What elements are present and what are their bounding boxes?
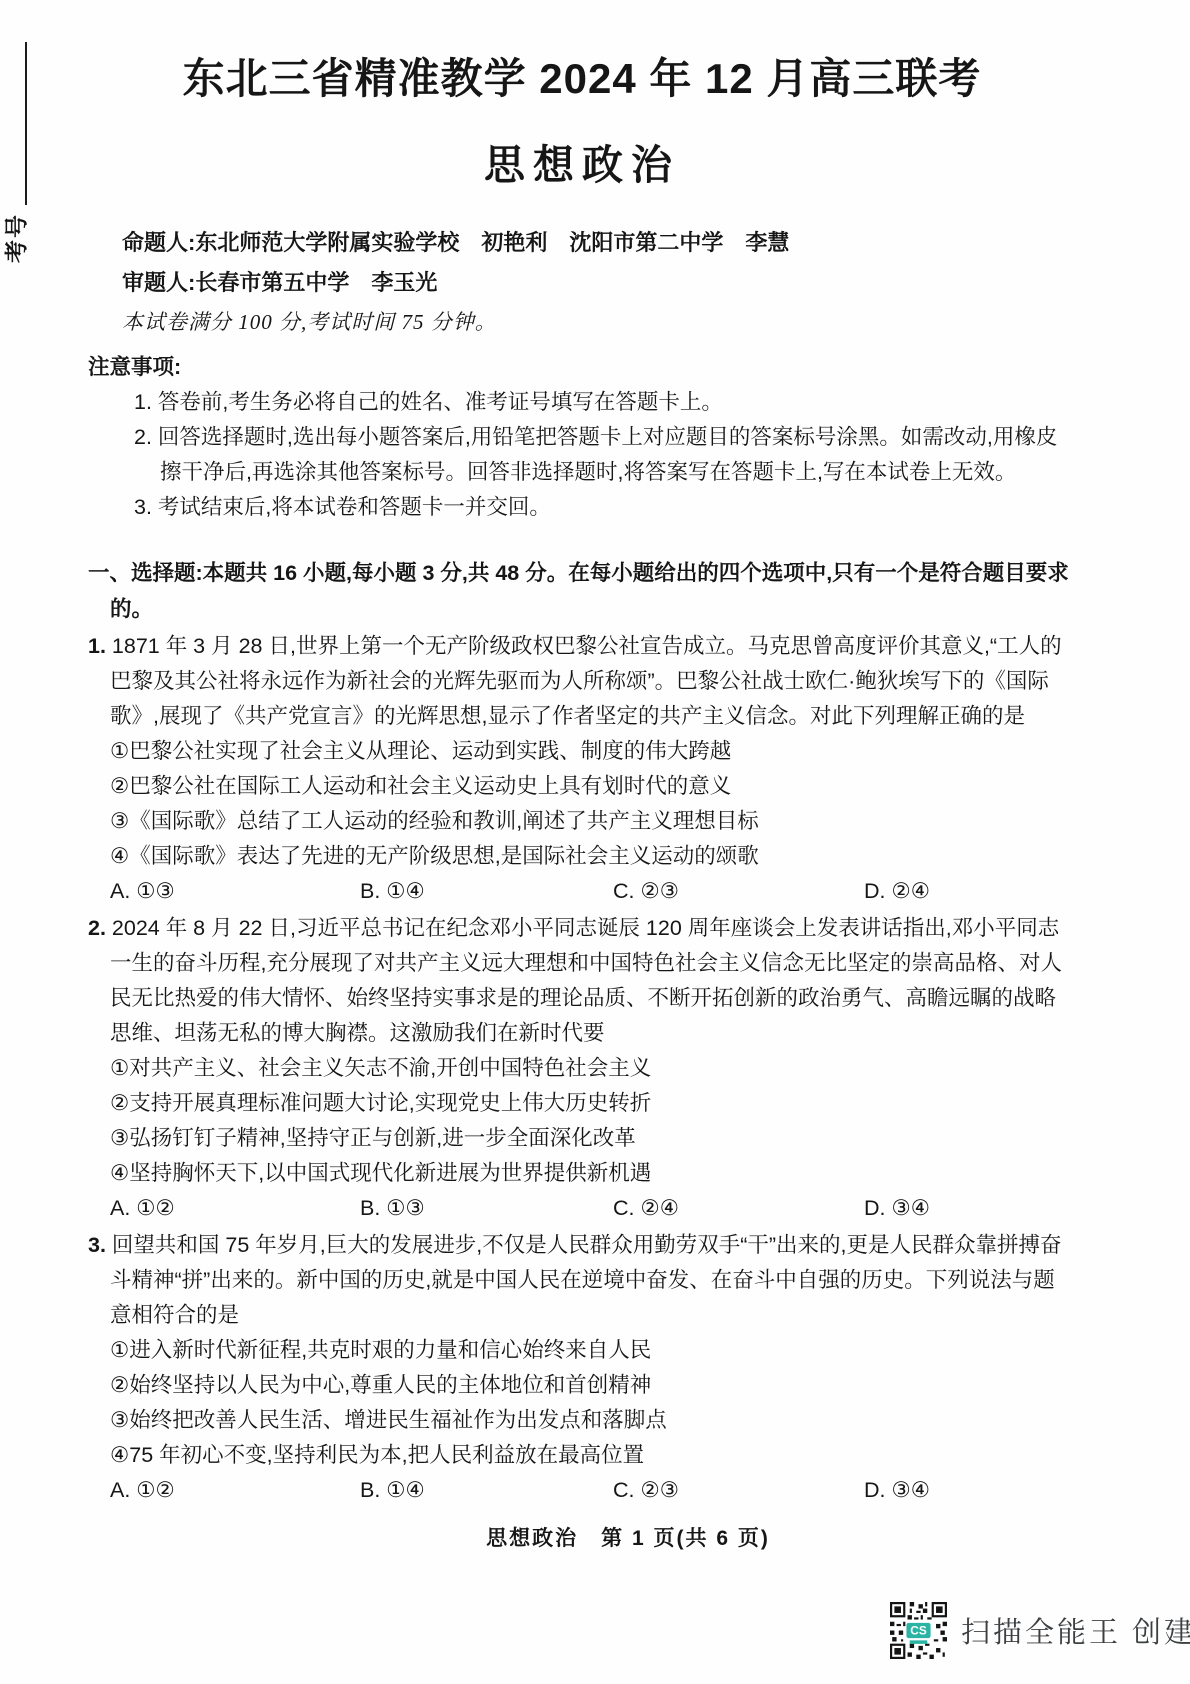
qr-badge-text: CS [910, 1623, 927, 1637]
question-items: ①对共产主义、社会主义矢志不渝,开创中国特色社会主义②支持开展真理标准问题大讨论… [88, 1051, 1076, 1191]
note-item: 2. 回答选择题时,选出每小题答案后,用铅笔把答题卡上对应题目的答案标号涂黑。如… [88, 420, 1076, 490]
answer-option: D. ②④ [864, 874, 1076, 909]
question-items: ①进入新时代新征程,共克时艰的力量和信心始终来自人民②始终坚持以人民为中心,尊重… [88, 1333, 1076, 1473]
question-item: ④坚持胸怀天下,以中国式现代化新进展为世界提供新机遇 [88, 1156, 1076, 1191]
scanner-watermark: CS 扫描全能王 创建 [890, 1602, 1190, 1659]
note-number: 1. [134, 390, 152, 414]
question-stem: 1. 1871 年 3 月 28 日,世界上第一个无产阶级政权巴黎公社宣告成立。… [88, 629, 1076, 734]
answer-option: C. ②③ [613, 874, 864, 909]
question-items: ①巴黎公社实现了社会主义从理论、运动到实践、制度的伟大跨越②巴黎公社在国际工人运… [88, 734, 1076, 874]
note-text: 回答选择题时,选出每小题答案后,用铅笔把答题卡上对应题目的答案标号涂黑。如需改动… [152, 425, 1057, 484]
setters-line: 命题人:东北师范大学附属实验学校 初艳利 沈阳市第二中学 李慧 [122, 223, 1076, 263]
question-item: ②支持开展真理标准问题大讨论,实现党史上伟大历史转折 [88, 1086, 1076, 1121]
note-text: 答卷前,考生务必将自己的姓名、准考证号填写在答题卡上。 [152, 390, 723, 414]
answer-option: B. ①③ [360, 1191, 613, 1226]
qr-code-icon: CS [890, 1602, 947, 1659]
question-item: ③始终把改善人民生活、增进民生福祉作为出发点和落脚点 [88, 1403, 1076, 1438]
exam-paper-page: 考号 东北三省精准教学 2024 年 12 月高三联考 思想政治 命题人:东北师… [0, 0, 1190, 1684]
answer-option: C. ②④ [613, 1191, 864, 1226]
question-stem: 2. 2024 年 8 月 22 日,习近平总书记在纪念邓小平同志诞辰 120 … [88, 911, 1076, 1051]
question-item: ②始终坚持以人民为中心,尊重人民的主体地位和首创精神 [88, 1368, 1076, 1403]
note-item: 3. 考试结束后,将本试卷和答题卡一并交回。 [88, 490, 1076, 525]
answer-options-row: A. ①③B. ①④C. ②③D. ②④ [88, 874, 1076, 909]
answer-option: A. ①② [110, 1191, 360, 1226]
question-item: ④《国际歌》表达了先进的无产阶级思想,是国际社会主义运动的颂歌 [88, 839, 1076, 874]
page-footer: 思想政治 第 1 页(共 6 页) [0, 1522, 1190, 1552]
page-title: 东北三省精准教学 2024 年 12 月高三联考 [88, 46, 1076, 106]
exam-number-margin-label: 考号 [0, 210, 50, 266]
answer-option: C. ②③ [613, 1473, 864, 1508]
question-item: ②巴黎公社在国际工人运动和社会主义运动史上具有划时代的意义 [88, 769, 1076, 804]
question-text: 2024 年 8 月 22 日,习近平总书记在纪念邓小平同志诞辰 120 周年座… [106, 916, 1062, 1045]
question-item: ③弘扬钉钉子精神,坚持守正与创新,进一步全面深化改革 [88, 1121, 1076, 1156]
question-item: ③《国际歌》总结了工人运动的经验和教训,阐述了共产主义理想目标 [88, 804, 1076, 839]
question-text: 1871 年 3 月 28 日,世界上第一个无产阶级政权巴黎公社宣告成立。马克思… [106, 634, 1062, 728]
seal-line [25, 42, 27, 205]
note-number: 3. [134, 495, 152, 519]
answer-option: A. ①③ [110, 874, 360, 909]
question-number: 1. [88, 634, 106, 658]
question-text: 回望共和国 75 年岁月,巨大的发展进步,不仅是人民群众用勤劳双手“干”出来的,… [106, 1233, 1062, 1327]
question-stem: 3. 回望共和国 75 年岁月,巨大的发展进步,不仅是人民群众用勤劳双手“干”出… [88, 1228, 1076, 1333]
question-block: 3. 回望共和国 75 年岁月,巨大的发展进步,不仅是人民群众用勤劳双手“干”出… [88, 1228, 1076, 1508]
reviewers-line: 审题人:长春市第五中学 李玉光 [122, 263, 1076, 303]
question-number: 3. [88, 1233, 106, 1257]
page-content: 东北三省精准教学 2024 年 12 月高三联考 思想政治 命题人:东北师范大学… [88, 40, 1076, 1508]
exam-info-line: 本试卷满分 100 分,考试时间 75 分钟。 [122, 306, 1076, 336]
answer-option: D. ③④ [864, 1473, 1076, 1508]
question-block: 2. 2024 年 8 月 22 日,习近平总书记在纪念邓小平同志诞辰 120 … [88, 911, 1076, 1226]
section-header: 一、选择题:本题共 16 小题,每小题 3 分,共 48 分。在每小题给出的四个… [88, 555, 1076, 627]
notes-title: 注意事项: [88, 350, 1076, 381]
answer-option: D. ③④ [864, 1191, 1076, 1226]
question-item: ①对共产主义、社会主义矢志不渝,开创中国特色社会主义 [88, 1051, 1076, 1086]
note-text: 考试结束后,将本试卷和答题卡一并交回。 [152, 495, 551, 519]
notes-list: 1. 答卷前,考生务必将自己的姓名、准考证号填写在答题卡上。 2. 回答选择题时… [88, 385, 1076, 525]
answer-option: A. ①② [110, 1473, 360, 1508]
answer-option: B. ①④ [360, 1473, 613, 1508]
scanner-watermark-text: 扫描全能王 创建 [961, 1610, 1190, 1651]
exam-meta: 命题人:东北师范大学附属实验学校 初艳利 沈阳市第二中学 李慧 审题人:长春市第… [122, 223, 1076, 303]
note-number: 2. [134, 425, 152, 449]
question-item: ①进入新时代新征程,共克时艰的力量和信心始终来自人民 [88, 1333, 1076, 1368]
answer-option: B. ①④ [360, 874, 613, 909]
question-item: ④75 年初心不变,坚持利民为本,把人民利益放在最高位置 [88, 1438, 1076, 1473]
question-list: 1. 1871 年 3 月 28 日,世界上第一个无产阶级政权巴黎公社宣告成立。… [88, 629, 1076, 1508]
note-item: 1. 答卷前,考生务必将自己的姓名、准考证号填写在答题卡上。 [88, 385, 1076, 420]
answer-options-row: A. ①②B. ①③C. ②④D. ③④ [88, 1191, 1076, 1226]
answer-options-row: A. ①②B. ①④C. ②③D. ③④ [88, 1473, 1076, 1508]
question-number: 2. [88, 916, 106, 940]
question-block: 1. 1871 年 3 月 28 日,世界上第一个无产阶级政权巴黎公社宣告成立。… [88, 629, 1076, 909]
question-item: ①巴黎公社实现了社会主义从理论、运动到实践、制度的伟大跨越 [88, 734, 1076, 769]
subject-title: 思想政治 [88, 132, 1076, 191]
